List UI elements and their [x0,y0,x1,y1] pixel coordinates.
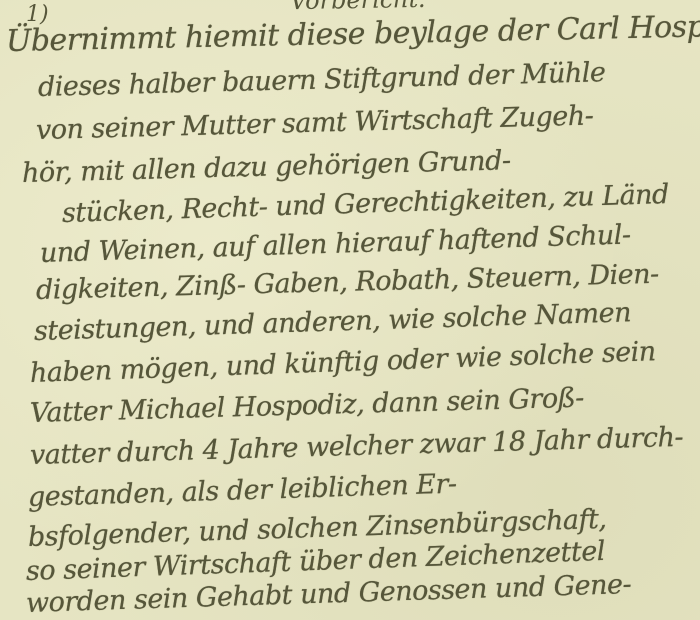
document-heading: Vorbericht: [290,0,427,15]
